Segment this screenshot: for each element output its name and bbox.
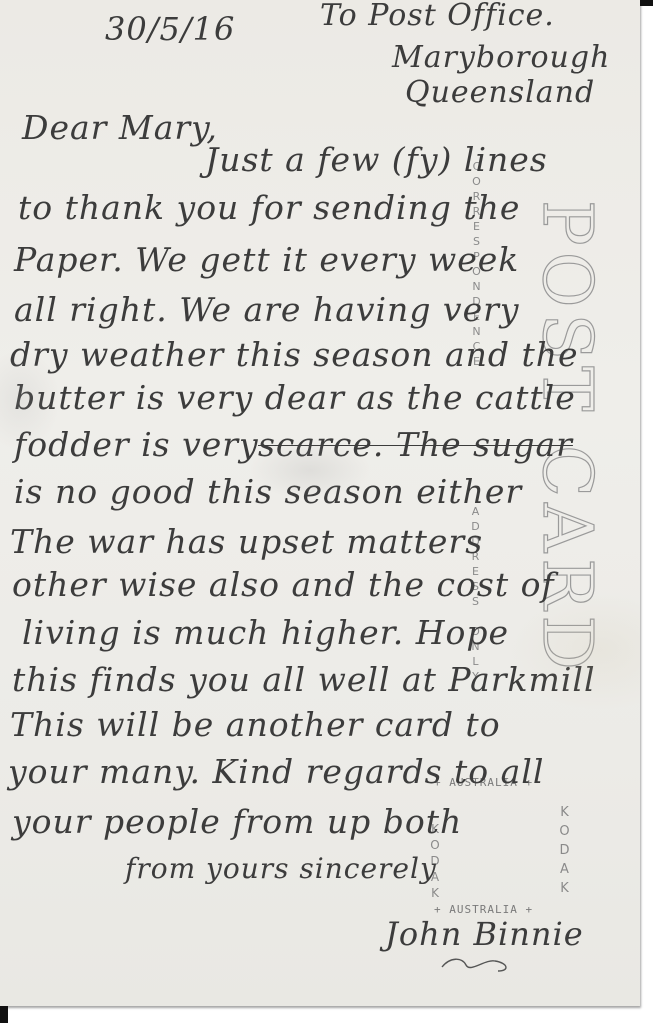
stamp-box-right-text: KODAK (557, 805, 572, 900)
body-line: Paper. We gett it every week (14, 240, 519, 279)
signature: John Binnie (385, 915, 584, 953)
date: 30/5/16 (105, 10, 235, 48)
address-line: Queensland (405, 75, 595, 110)
body-line: to thank you for sending the (18, 188, 520, 227)
body-line: butter is very dear as the cattle (14, 378, 576, 417)
body-line: your many. Kind regards to all (8, 752, 544, 791)
body-line: all right. We are having very (14, 290, 520, 329)
body-line: living is much higher. Hope (22, 613, 509, 652)
body-line: The war has upset matters (10, 522, 483, 561)
body-line: is no good this season either (14, 472, 522, 511)
closing: from yours sincerely (125, 852, 437, 885)
body-line: dry weather this season and the (10, 335, 579, 374)
salutation: Dear Mary, (22, 108, 218, 147)
scan-border (0, 1006, 8, 1023)
address-line: Maryborough (392, 40, 610, 75)
body-line: fodder is very (14, 425, 259, 464)
body-line: your people from up both (12, 802, 462, 841)
body-line: Just a few (fy) lines (205, 140, 548, 179)
signature-flourish-icon (440, 955, 520, 975)
body-line: this finds you all well at Parkmill (12, 660, 596, 699)
body-line: other wise also and the cost of (12, 565, 555, 604)
postcard: POST CARD CORRESPONDENCE ADDRESS ONLY + … (0, 0, 640, 1006)
body-line: This will be another card to (10, 705, 501, 744)
scan-border (640, 0, 653, 6)
body-line-struck: scarce. The sugar (258, 425, 573, 464)
address-line: To Post Office. (320, 0, 555, 33)
